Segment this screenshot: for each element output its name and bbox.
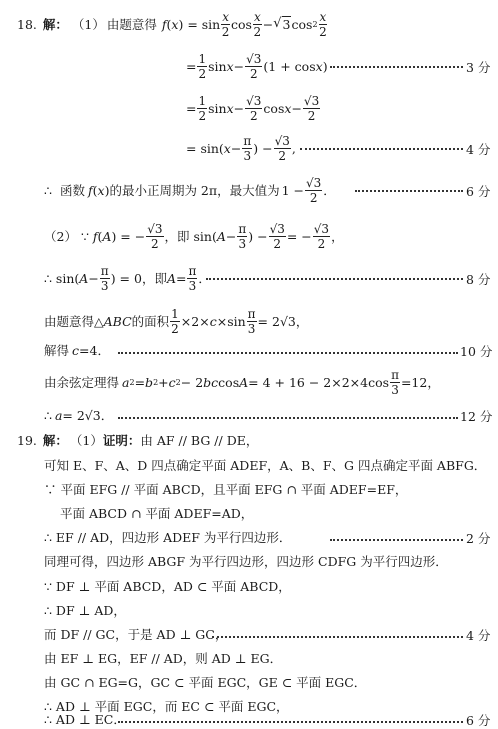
part2-line-6: ∴ a = 2√3． [44, 405, 113, 425]
intro-text: 由题意得 [107, 15, 157, 33]
score-label: 8 分 [466, 270, 490, 288]
p19-line: 由 EF ⊥ EG，EF // AD，则 AD ⊥ EG． [44, 648, 282, 668]
score-label: 12 分 [460, 407, 492, 425]
part2-line-1: （2） ∵ f(A) = −√32，即 sin(A − π3) − √32 = … [44, 218, 344, 254]
leader-dots [330, 539, 463, 541]
leader-dots [355, 190, 463, 192]
part-tag: （1） [72, 15, 105, 33]
part2-line-5: 由余弦定理得 a2 = b2 + c2 − 2bccos A = 4 + 16 … [44, 364, 440, 400]
leader-dots [118, 352, 458, 354]
part1-conclusion: ∴ 函数 f(x) 的最小正周期为 2π，最大值为 1 − √32． [44, 172, 336, 208]
p19-line: ∴ DF ⊥ AD， [44, 600, 126, 620]
p19-line: 由 GC ∩ EG=G，GC ⊂ 平面 EGC，GE ⊂ 平面 EGC． [44, 672, 366, 692]
problem-number: 18. [17, 17, 37, 32]
part2-line-3: 由题意得△ABC 的面积 12×2×c×sinπ3 = 2√3， [44, 303, 308, 339]
p19-line: ∴ AD ⊥ EC． [44, 709, 126, 729]
solution-label: 解： [43, 431, 68, 449]
leader-dots [212, 636, 463, 638]
score-label: 3 分 [466, 58, 490, 76]
score-label: 4 分 [466, 140, 490, 158]
score-label: 6 分 [466, 711, 490, 729]
part2-line-2: ∴ sin(A − π3) = 0，即 A = π3． [44, 260, 211, 296]
p19-line: ∵ DF ⊥ 平面 ABCD，AD ⊂ 平面 ABCD， [44, 576, 291, 596]
p19-line: ∴ EF // AD，四边形 ADEF 为平行四边形． [44, 527, 291, 547]
derivation-step-1: = 12sin x − √32(1 + cos x) [186, 48, 328, 84]
problem-18-header: 18. 解： （1） 由题意得 f(x) = sinx2cosx2 − √3co… [17, 6, 328, 42]
p19-line: 同理可得，四边形 ABGF 为平行四边形，四边形 CDFG 为平行四边形． [44, 551, 448, 571]
problem-number: 19. [17, 433, 37, 448]
score-label: 6 分 [466, 182, 490, 200]
score-label: 4 分 [466, 626, 490, 644]
p19-line: 可知 E、F、A、D 四点确定平面 ADEF，A、B、F、G 四点确定平面 AB… [44, 455, 486, 475]
derivation-step-3: = sin(x − π3) − √32 , [186, 130, 296, 166]
score-label: 10 分 [460, 342, 492, 360]
leader-dots [206, 278, 463, 280]
p19-line: 而 DF // GC，于是 AD ⊥ GC， [44, 624, 227, 644]
solution-label: 解： [43, 15, 68, 33]
leader-dots [330, 66, 463, 68]
part2-line-4: 解得 c=4． [44, 340, 110, 360]
leader-dots [118, 417, 458, 419]
f-definition: f(x) = sinx2cosx2 − √3cos2x2 [162, 11, 328, 38]
p19-line: ∵ 平面 EFG // 平面 ABCD，且平面 EFG ∩ 平面 ADEF=EF… [44, 479, 407, 499]
problem-19-header: 19. 解： （1） 证明： 由 AF // BG // DE， [17, 430, 258, 450]
score-label: 2 分 [466, 529, 490, 547]
leader-dots [300, 148, 463, 150]
derivation-step-2: = 12sin x − √32cos x − √32 [186, 90, 321, 126]
p19-line: 平面 ABCD ∩ 平面 ADEF=AD， [60, 503, 253, 523]
leader-dots [118, 721, 463, 723]
